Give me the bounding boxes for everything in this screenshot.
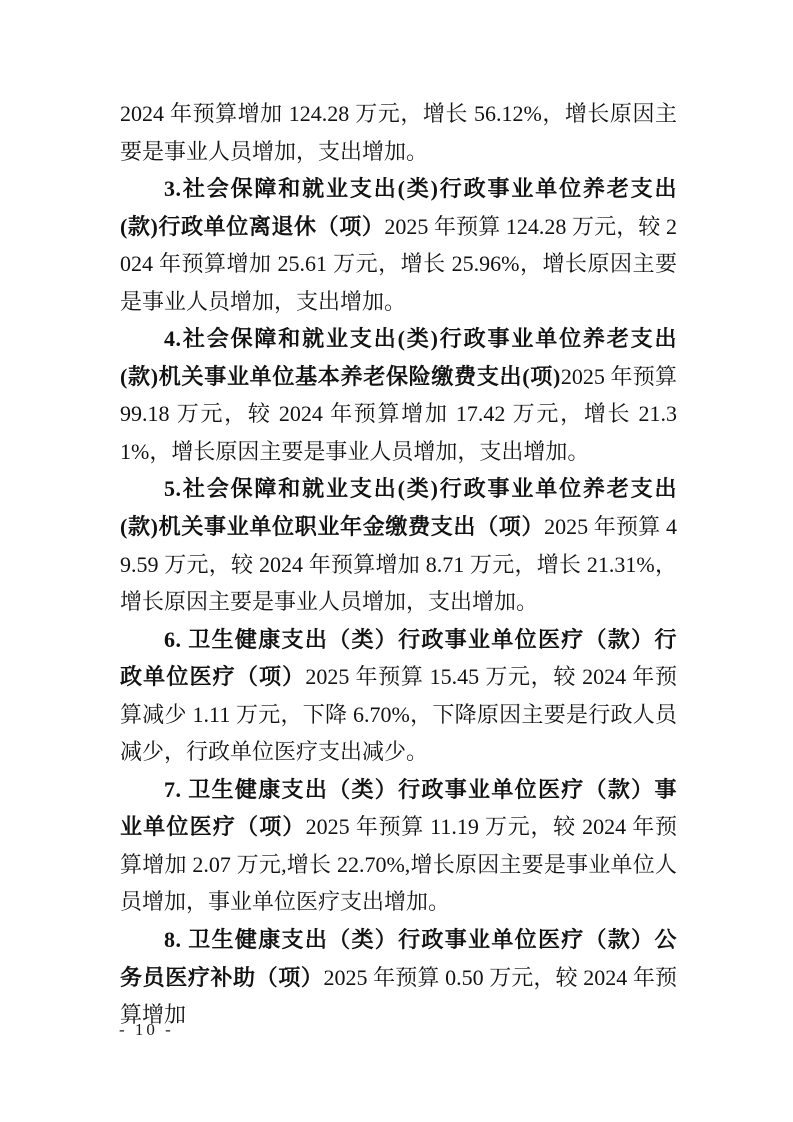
document-page: 2024 年预算增加 124.28 万元，增长 56.12%，增长原因主要是事业… — [0, 0, 793, 1122]
page-footer: - 10 - — [119, 1020, 174, 1044]
paragraph-7: 8. 卫生健康支出（类）行政事业单位医疗（款）公务员医疗补助（项）2025 年预… — [120, 921, 677, 1034]
paragraph-1: 2024 年预算增加 124.28 万元，增长 56.12%，增长原因主要是事业… — [120, 95, 677, 170]
paragraph-4: 5.社会保障和就业支出(类)行政事业单位养老支出(款)机关事业单位职业年金缴费支… — [120, 470, 677, 620]
document-body: 2024 年预算增加 124.28 万元，增长 56.12%，增长原因主要是事业… — [120, 95, 677, 1034]
paragraph-5: 6. 卫生健康支出（类）行政事业单位医疗（款）行政单位医疗（项）2025 年预算… — [120, 621, 677, 771]
paragraph-text: 2024 年预算增加 124.28 万元，增长 56.12%，增长原因主要是事业… — [120, 101, 677, 164]
paragraph-2: 3.社会保障和就业支出(类)行政事业单位养老支出(款)行政单位离退休（项）202… — [120, 170, 677, 320]
paragraph-6: 7. 卫生健康支出（类）行政事业单位医疗（款）事业单位医疗（项）2025 年预算… — [120, 771, 677, 921]
paragraph-3: 4.社会保障和就业支出(类)行政事业单位养老支出(款)机关事业单位基本养老保险缴… — [120, 320, 677, 470]
page-number: - 10 - — [119, 1020, 174, 1039]
